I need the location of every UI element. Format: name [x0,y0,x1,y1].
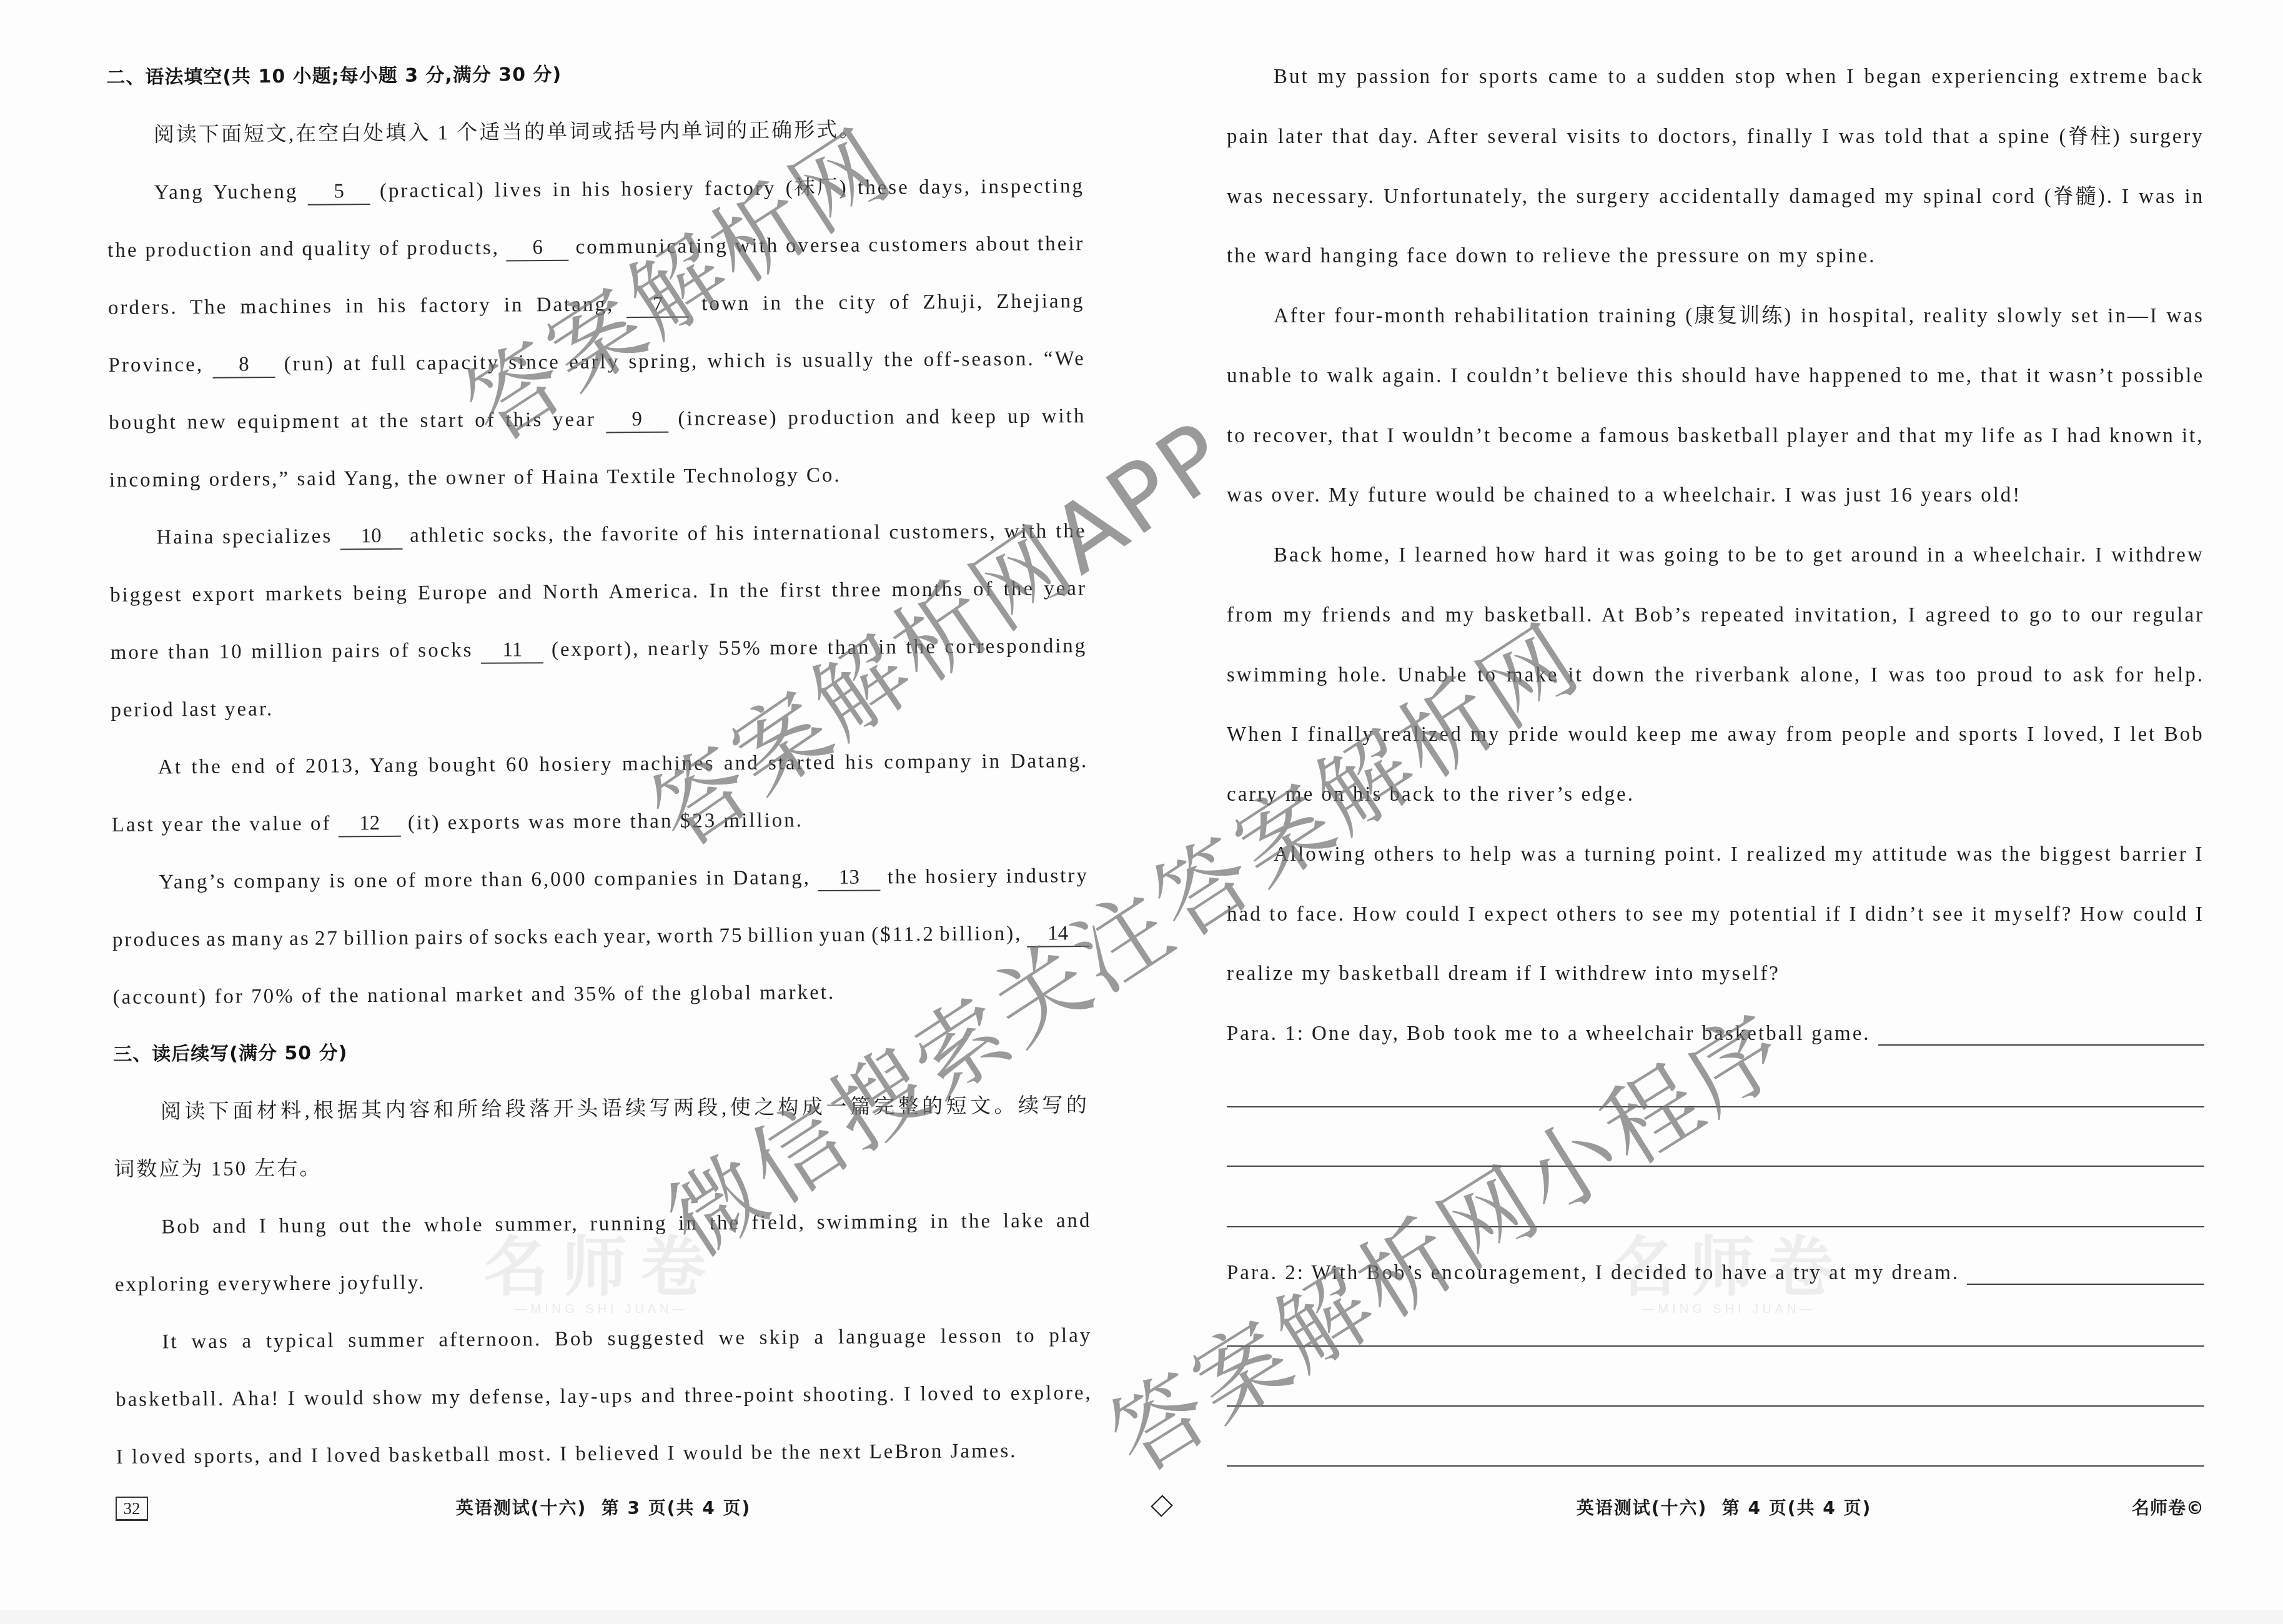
blank-5: 5 [308,181,370,205]
line-text: Haina specializes 10 athletic socks, the… [156,520,1086,548]
line-text: from my friends and my basketball. At Bo… [1227,604,2204,626]
paragraph-line: Allowing others to help was a turning po… [1227,825,2204,885]
section-2-passage: Yang Yucheng 5 (practical) lives in his … [107,157,1090,1026]
left-page-footer: 英语测试(十六) 第 3 页(共 4 页) [456,1498,751,1519]
paragraph-line: produces as many as 27 billion pairs of … [112,904,1090,969]
answer-line [1967,1284,2204,1285]
answer-line [1227,1226,2204,1227]
paragraph: Bob and I hung out the whole summer, run… [114,1192,1092,1314]
answer-line [1227,1345,2204,1347]
line-text: When I finally realized my pride would k… [1227,723,2204,746]
background-logo-subtitle: —MING SHI JUAN— [1610,1302,1848,1317]
paragraph: Back home, I learned how hard it was goi… [1227,526,2204,825]
paragraph-line: Last year the value of 12 (it) exports w… [111,790,1089,854]
line-text: exploring everywhere joyfully. [115,1271,426,1295]
paragraph-line: unable to walk again. I couldn’t believe… [1227,347,2204,407]
paragraph: Yang’s company is one of more than 6,000… [112,847,1090,1026]
para-1-prompt-text: Para. 1: One day, Bob took me to a wheel… [1227,1004,1871,1064]
paragraph-line: period last year. [111,675,1088,739]
section-3-heading: 三、读后续写(满分 50 分) [113,1019,1091,1084]
line-text: Province, 8 (run) at full capacity since… [108,347,1086,377]
paragraph: 阅读下面短文,在空白处填入 1 个适当的单词或括号内单词的正确形式。 [107,100,1084,164]
answer-line [1878,1044,2204,1046]
line-text: It was a typical summer afternoon. Bob s… [162,1324,1092,1353]
publisher-brand: 名师卷© [2132,1498,2204,1519]
line-text: to recover, that I wouldn’t become a fam… [1227,425,2204,447]
blank-12: 12 [339,813,401,838]
line-text: realize my basketball dream if I withdre… [1227,963,1780,985]
paragraph-line: After four-month rehabilitation training… [1227,287,2204,347]
line-text: Allowing others to help was a turning po… [1274,843,2204,866]
line-text: At the end of 2013, Yang bought 60 hosie… [158,750,1088,778]
paragraph-line: (account) for 70% of the national market… [112,962,1090,1026]
line-text: orders. The machines in his factory in D… [108,290,1085,319]
paragraph-line: basketball. Aha! I would show my defense… [116,1364,1093,1428]
line-text: period last year. [111,698,274,721]
paragraph-line: was over. My future would be chained to … [1227,466,2204,526]
paragraph-line: had to face. How could I expect others t… [1227,885,2204,945]
blank-11: 11 [481,640,543,664]
line-text: Yang Yucheng 5 (practical) lives in his … [154,175,1084,204]
line-text: After four-month rehabilitation training… [1274,305,2204,327]
paragraph-line: biggest export markets being Europe and … [110,560,1087,624]
paragraph-line: But my passion for sports came to a sudd… [1227,47,2204,107]
paragraph: At the end of 2013, Yang bought 60 hosie… [111,732,1089,854]
answer-line [1227,1465,2204,1467]
line-text: basketball. Aha! I would show my defense… [116,1382,1092,1411]
paragraph-line: Haina specializes 10 athletic socks, the… [109,502,1087,567]
paragraph-line: bought new equipment at the start of thi… [109,387,1086,452]
paragraph-line: It was a typical summer afternoon. Bob s… [115,1307,1092,1371]
paragraph-line: from my friends and my basketball. At Bo… [1227,586,2204,646]
para-2-label: Para. 2: [1227,1262,1305,1284]
line-text: incoming orders,” said Yang, the owner o… [109,464,841,492]
para-2-prompt: Para. 2: With Bob’s encouragement, I dec… [1227,1244,2204,1304]
line-text: biggest export markets being Europe and … [110,577,1087,607]
paragraph-line: realize my basketball dream if I withdre… [1227,944,2204,1004]
paragraph-line: exploring everywhere joyfully. [114,1249,1092,1314]
paragraph: Yang Yucheng 5 (practical) lives in his … [107,157,1086,509]
line-text: Yang’s company is one of more than 6,000… [159,864,1089,893]
exam-page-spread: 名师卷 —MING SHI JUAN— 名师卷 —MING SHI JUAN— … [0,0,2283,1624]
right-page-footer: 英语测试(十六) 第 4 页(共 4 页) [1577,1498,1872,1519]
paragraph: After four-month rehabilitation training… [1227,287,2204,526]
line-text: was necessary. Unfortunately, the surger… [1227,186,2204,208]
page-number-box: 32 [116,1497,148,1521]
left-page-column: 二、语法填空(共 10 小题;每小题 3 分,满分 30 分) 阅读下面短文,在… [106,42,1093,1486]
paragraph: Allowing others to help was a turning po… [1227,825,2204,1004]
line-text: the ward hanging face down to relieve th… [1227,245,1876,267]
scan-bottom-edge [0,1610,2283,1624]
section-3-instruction: 阅读下面材料,根据其内容和所给段落开头语续写两段,使之构成一篇完整的短文。续写的… [114,1077,1091,1199]
line-text: (account) for 70% of the national market… [112,981,835,1009]
paragraph: 阅读下面材料,根据其内容和所给段落开头语续写两段,使之构成一篇完整的短文。续写的… [114,1077,1091,1199]
paragraph-line: I loved sports, and I loved basketball m… [116,1422,1093,1486]
blank-9: 9 [606,409,668,433]
line-text: Bob and I hung out the whole summer, run… [161,1209,1092,1238]
para-2-prompt-text: Para. 2: With Bob’s encouragement, I dec… [1227,1244,1959,1304]
line-text: Back home, I learned how hard it was goi… [1274,544,2204,567]
blank-13: 13 [818,867,880,891]
paragraph-line: Province, 8 (run) at full capacity since… [108,330,1086,394]
answer-line [1227,1166,2204,1167]
blank-14: 14 [1027,923,1089,948]
paragraph-line: 阅读下面短文,在空白处填入 1 个适当的单词或括号内单词的正确形式。 [107,100,1084,164]
blank-7: 7 [626,294,689,318]
section-2-heading: 二、语法填空(共 10 小题;每小题 3 分,满分 30 分) [106,42,1084,107]
blank-6: 6 [507,237,569,262]
right-page-column: But my passion for sports came to a sudd… [1227,47,2204,1064]
line-text: 阅读下面短文,在空白处填入 1 个适当的单词或括号内单词的正确形式。 [154,119,861,147]
paragraph-line: more than 10 million pairs of socks 11 (… [110,617,1087,681]
line-text: 阅读下面材料,根据其内容和所给段落开头语续写两段,使之构成一篇完整的短文。续写的 [161,1094,1091,1123]
answer-line [1227,1106,2204,1107]
line-text: more than 10 million pairs of socks 11 (… [111,635,1087,664]
section-3-passage: Bob and I hung out the whole summer, run… [114,1192,1093,1486]
paragraph-line: carry me on his back to the river’s edge… [1227,765,2204,825]
paragraph-line: When I finally realized my pride would k… [1227,705,2204,765]
story-passage: But my passion for sports came to a sudd… [1227,47,2204,1004]
line-text: bought new equipment at the start of thi… [109,405,1086,434]
line-text: swimming hole. Unable to make it down th… [1227,664,2204,686]
line-text: I loved sports, and I loved basketball m… [116,1440,1018,1468]
para-1-opening: One day, Bob took me to a wheelchair bas… [1312,1022,1871,1045]
paragraph: Haina specializes 10 athletic socks, the… [109,502,1088,739]
line-text: carry me on his back to the river’s edge… [1227,783,1635,806]
line-text: had to face. How could I expect others t… [1227,903,2204,926]
paragraph-line: 阅读下面材料,根据其内容和所给段落开头语续写两段,使之构成一篇完整的短文。续写的 [114,1077,1091,1141]
blank-8: 8 [212,354,275,379]
paragraph-line: incoming orders,” said Yang, the owner o… [109,445,1086,509]
paragraph-line: 词数应为 150 左右。 [114,1134,1091,1199]
blank-10: 10 [340,526,402,550]
paragraph-line: Yang’s company is one of more than 6,000… [112,847,1089,911]
line-text: Last year the value of 12 (it) exports w… [112,809,804,836]
line-text: produces as many as 27 billion pairs of … [112,922,1089,951]
line-text: the production and quality of products, … [107,232,1085,262]
paragraph: But my passion for sports came to a sudd… [1227,47,2204,287]
paragraph-line: Back home, I learned how hard it was goi… [1227,526,2204,586]
line-text: unable to walk again. I couldn’t believe… [1227,365,2204,387]
paragraph-line: Bob and I hung out the whole summer, run… [114,1192,1092,1256]
line-text: 词数应为 150 左右。 [114,1157,322,1181]
para-1-prompt: Para. 1: One day, Bob took me to a wheel… [1227,1004,2204,1064]
paragraph-line: the ward hanging face down to relieve th… [1227,227,2204,287]
line-text: pain later that day. After several visit… [1227,126,2204,148]
section-2-instruction: 阅读下面短文,在空白处填入 1 个适当的单词或括号内单词的正确形式。 [107,100,1084,164]
paragraph-line: At the end of 2013, Yang bought 60 hosie… [111,732,1089,796]
line-text: was over. My future would be chained to … [1227,484,2021,507]
paragraph-line: orders. The machines in his factory in D… [108,272,1086,337]
para-2-opening: With Bob’s encouragement, I decided to h… [1311,1262,1959,1284]
paragraph-line: Yang Yucheng 5 (practical) lives in his … [107,157,1084,222]
paragraph-line: to recover, that I wouldn’t become a fam… [1227,407,2204,467]
para-1-label: Para. 1: [1227,1022,1305,1045]
paragraph-line: the production and quality of products, … [107,215,1085,279]
paragraph-line: was necessary. Unfortunately, the surger… [1227,167,2204,227]
diamond-icon [1151,1495,1173,1517]
paragraph-line: pain later that day. After several visit… [1227,107,2204,167]
line-text: But my passion for sports came to a sudd… [1274,66,2204,88]
paragraph-line: swimming hole. Unable to make it down th… [1227,646,2204,706]
paragraph: It was a typical summer afternoon. Bob s… [115,1307,1093,1486]
answer-line [1227,1405,2204,1407]
